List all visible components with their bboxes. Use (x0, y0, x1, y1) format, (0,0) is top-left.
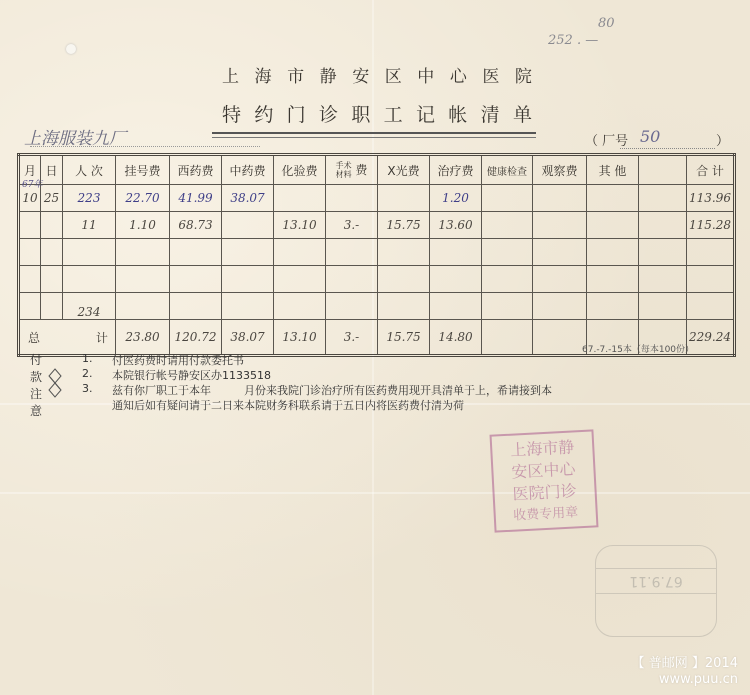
cell-total: 115.28 (687, 212, 735, 239)
title-char: 海 (255, 62, 272, 87)
total-health-check (482, 320, 533, 356)
col-treatment: 治疗费 (430, 155, 482, 185)
title-char: 院 (515, 62, 532, 87)
factory-no-line (620, 148, 715, 149)
factory-name-line (30, 146, 260, 147)
cell-other (587, 293, 639, 320)
cell-western-medicine: 41.99 (170, 185, 222, 212)
cell-total: 113.96 (687, 185, 735, 212)
cell-month (19, 212, 41, 239)
cell-lab-test (274, 185, 326, 212)
table-row (19, 266, 735, 293)
cell-xray (378, 266, 430, 293)
total-western-medicine: 120.72 (170, 320, 222, 356)
cell-blank (639, 239, 687, 266)
side-char: 意 (30, 403, 46, 420)
header-row: 月 日 人 次 挂号费 西药费 中药费 化验费 手术 材料 费 X光费 治疗费 … (19, 155, 735, 185)
pencil-note-lower: 252 . — (548, 33, 598, 48)
cell-western-medicine (170, 293, 222, 320)
cell-surgical-materials (326, 266, 378, 293)
note-item: 通知后如有疑问请于二日来本院财务科联系请于五日内将医药费付清为荷 (82, 397, 750, 412)
title-char: 市 (287, 62, 304, 87)
cell-treatment: 1.20 (430, 185, 482, 212)
title-char: 心 (450, 62, 467, 87)
title-char: 安 (352, 62, 369, 87)
col-visits: 人 次 (63, 155, 116, 185)
cell-observation (533, 293, 587, 320)
total-chinese-medicine: 38.07 (222, 320, 274, 356)
cell-lab-test: 13.10 (274, 212, 326, 239)
cell-day (41, 212, 63, 239)
cell-blank (639, 266, 687, 293)
cell-treatment (430, 239, 482, 266)
faint-postmark: 67.9.11 (595, 545, 717, 637)
postmark-date: 67.9.11 (596, 568, 716, 594)
table-row: 11 1.10 68.73 13.10 3.- 15.75 13.60 115.… (19, 212, 735, 239)
title-char: 诊 (319, 100, 338, 127)
cell-total (687, 266, 735, 293)
cell-chinese-medicine (222, 212, 274, 239)
title-char: 中 (417, 62, 434, 87)
note-item: 3.兹有你厂职工于本年 月份来我院门诊治疗所有医药费用现开具清单于上，希请接到本 (82, 382, 750, 397)
side-char: 注 (30, 386, 46, 403)
col-chinese-medicine: 中药费 (222, 155, 274, 185)
cell-xray (378, 293, 430, 320)
cell-xray: 15.75 (378, 212, 430, 239)
hospital-name-title: 上 海 市 静 安 区 中 心 医 院 (222, 62, 532, 87)
notes-side-label: 付 款 注 意 (30, 352, 46, 420)
title-char: 清 (481, 100, 500, 127)
cell-observation (533, 185, 587, 212)
table-row: 67年10 25 223 22.70 41.99 38.07 1.20 113.… (19, 185, 735, 212)
cell-registration (116, 266, 170, 293)
note-number: 3. (82, 382, 112, 397)
cell-treatment (430, 266, 482, 293)
cell-registration: 1.10 (116, 212, 170, 239)
title-char: 帐 (448, 100, 467, 127)
total-surgical-materials: 3.- (326, 320, 378, 356)
table-row: 234 (19, 293, 735, 320)
note-number: 2. (82, 367, 112, 382)
cell-surgical-materials (326, 185, 378, 212)
notes-list: 1.付医药费时请用付款委托书 2.本院银行帐号静安区办1133518 3.兹有你… (82, 352, 750, 412)
cell-health-check (482, 266, 533, 293)
cell-health-check (482, 293, 533, 320)
table-row (19, 239, 735, 266)
note-text: 付医药费时请用付款委托书 (112, 352, 244, 367)
cell-month (19, 293, 41, 320)
note-number (82, 397, 112, 412)
total-lab-test: 13.10 (274, 320, 326, 356)
title-char: 约 (254, 100, 273, 127)
watermark-url: www.puu.cn (659, 672, 738, 687)
title-char: 静 (320, 62, 337, 87)
col-other: 其 他 (587, 155, 639, 185)
title-underline (212, 132, 536, 138)
total-xray: 15.75 (378, 320, 430, 356)
col-health-check: 健康检查 (482, 155, 533, 185)
title-char: 工 (384, 100, 403, 127)
title-char: 单 (513, 100, 532, 127)
cell-day (41, 293, 63, 320)
cell-observation (533, 239, 587, 266)
cell-registration: 22.70 (116, 185, 170, 212)
cell-day (41, 266, 63, 293)
year-note: 67年 (22, 177, 42, 190)
col-western-medicine: 西药费 (170, 155, 222, 185)
col-surgical-materials: 手术 材料 费 (326, 155, 378, 185)
totals-label: 总 计 (19, 320, 116, 356)
cell-total (687, 239, 735, 266)
cell-total (687, 293, 735, 320)
note-text: 本院银行帐号静安区办1133518 (112, 367, 271, 382)
cell-other (587, 266, 639, 293)
cell-chinese-medicine (222, 293, 274, 320)
side-char: 款 (30, 369, 46, 386)
note-text: 通知后如有疑问请于二日来本院财务科联系请于五日内将医药费付清为荷 (112, 397, 464, 412)
col-xray: X光费 (378, 155, 430, 185)
cell-blank (639, 185, 687, 212)
col-total: 合 计 (687, 155, 735, 185)
cell-lab-test (274, 266, 326, 293)
total-registration: 23.80 (116, 320, 170, 356)
cell-visits (63, 266, 116, 293)
cell-surgical-materials: 3.- (326, 212, 378, 239)
cell-lab-test (274, 239, 326, 266)
cell-chinese-medicine (222, 239, 274, 266)
cell-observation (533, 212, 587, 239)
cell-western-medicine (170, 239, 222, 266)
cell-treatment: 13.60 (430, 212, 482, 239)
cell-western-medicine (170, 266, 222, 293)
title-char: 门 (287, 100, 306, 127)
punch-hole (66, 44, 76, 54)
total-observation (533, 320, 587, 356)
col-blank (639, 155, 687, 185)
col-observation: 观察费 (533, 155, 587, 185)
cell-registration (116, 293, 170, 320)
pencil-note-upper: 80 (598, 16, 615, 31)
cell-observation (533, 266, 587, 293)
totals-label-left: 总 (28, 331, 40, 345)
cell-health-check (482, 239, 533, 266)
paper-fold (0, 492, 750, 494)
side-char: 付 (30, 352, 46, 369)
stamp-line: 收费专用章 (495, 501, 596, 528)
cell-other (587, 239, 639, 266)
title-char: 特 (222, 100, 241, 127)
col-surgical-materials-label: 费 (355, 163, 367, 177)
cell-surgical-materials (326, 239, 378, 266)
col-day: 日 (41, 155, 63, 185)
cell-month-value: 10 (22, 191, 37, 205)
cell-month (19, 266, 41, 293)
cell-day: 25 (41, 185, 63, 212)
cell-chinese-medicine: 38.07 (222, 185, 274, 212)
totals-label-right: 计 (96, 331, 108, 345)
title-char: 区 (385, 62, 402, 87)
watermark-site: 【 普邮网 】2014 (632, 652, 738, 671)
title-char: 医 (482, 62, 499, 87)
cell-visits: 223 (63, 185, 116, 212)
cell-day (41, 239, 63, 266)
cell-month: 67年10 (19, 185, 41, 212)
cell-other (587, 212, 639, 239)
cell-other (587, 185, 639, 212)
total-treatment: 14.80 (430, 320, 482, 356)
note-item: 2.本院银行帐号静安区办1133518 (82, 367, 750, 382)
col-lab-test: 化验费 (274, 155, 326, 185)
ledger-table: 月 日 人 次 挂号费 西药费 中药费 化验费 手术 材料 费 X光费 治疗费 … (17, 153, 736, 357)
cell-registration (116, 239, 170, 266)
title-char: 记 (416, 100, 435, 127)
cell-chinese-medicine (222, 266, 274, 293)
factory-no-value: 50 (640, 127, 660, 146)
cell-visits: 11 (63, 212, 116, 239)
cell-xray (378, 239, 430, 266)
note-text: 兹有你厂职工于本年 月份来我院门诊治疗所有医药费用现开具清单于上，希请接到本 (112, 382, 552, 397)
col-surgical-materials-small: 手术 材料 (336, 161, 352, 179)
cell-visits: 234 (63, 293, 116, 320)
cell-xray (378, 185, 430, 212)
col-registration: 挂号费 (116, 155, 170, 185)
document-title: 特 约 门 诊 职 工 记 帐 清 单 (222, 100, 532, 127)
cell-health-check (482, 212, 533, 239)
factory-no-label: （ 厂号 (585, 130, 628, 149)
note-number: 1. (82, 352, 112, 367)
cell-month (19, 239, 41, 266)
cell-blank (639, 212, 687, 239)
factory-no-close: ） (716, 130, 729, 149)
title-char: 上 (222, 62, 239, 87)
cell-surgical-materials (326, 293, 378, 320)
cell-health-check (482, 185, 533, 212)
hospital-seal-stamp: 上海市静 安区中心 医院门诊 收费专用章 (490, 429, 599, 532)
diamond-ornament-icon (48, 368, 62, 398)
cell-lab-test (274, 293, 326, 320)
note-item: 1.付医药费时请用付款委托书 (82, 352, 750, 367)
cell-western-medicine: 68.73 (170, 212, 222, 239)
cell-treatment (430, 293, 482, 320)
cell-visits (63, 239, 116, 266)
title-char: 职 (351, 100, 370, 127)
cell-blank (639, 293, 687, 320)
